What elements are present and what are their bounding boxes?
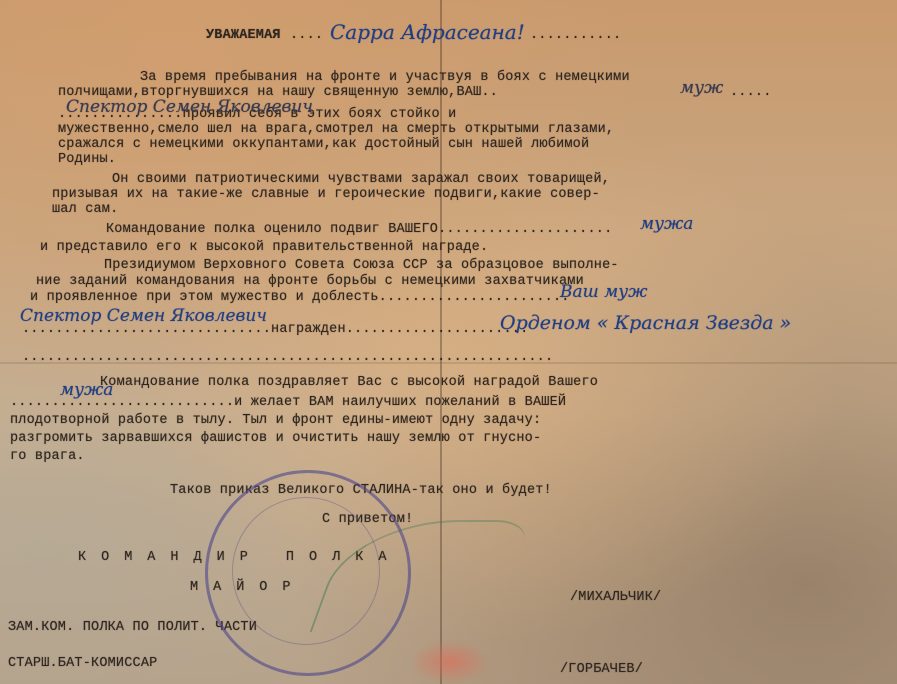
paragraph5-line5: го врага. — [10, 449, 85, 464]
paragraph2-line1: Он своими патриотическими чувствами зара… — [112, 172, 610, 187]
paragraph1-line4: мужественно,смело шел на врага,смотрел н… — [58, 122, 614, 137]
salutation-typed: УВАЖАЕМАЯ — [206, 28, 281, 43]
paragraph5-line3: плодотворной работе в тылу. Тыл и фронт … — [10, 413, 541, 428]
paragraph4-line2: ние заданий командования на фронте борьб… — [36, 274, 584, 289]
handwritten-name-1: Спектор Семен Яковлевич — [66, 97, 313, 117]
salutation-handwritten: Сарра Афрасеана! — [330, 20, 525, 44]
handwritten-relation-1: муж — [680, 78, 723, 98]
paragraph3-line2: и представило его к высокой правительств… — [40, 240, 488, 255]
paragraph5-line4: разгромить зарвавшихся фашистов и очисти… — [10, 431, 541, 446]
paragraph2-line2: призывая их на такие-же славные и героич… — [52, 187, 600, 202]
dotted-leader: ........... — [530, 28, 621, 43]
paragraph4-line3: и проявленное при этом мужество и доблес… — [30, 290, 570, 305]
deputy-name: /ГОРБАЧЕВ/ — [560, 662, 643, 677]
paragraph2-line3: шал сам. — [52, 202, 118, 217]
handwritten-relation-4: мужа — [60, 380, 113, 400]
dotted-leader: .... — [290, 28, 323, 43]
paragraph1-line5: сражался с немецкими оккупантами,как дос… — [58, 137, 589, 152]
handwritten-relation-2: мужа — [640, 214, 693, 234]
dotted-leader: ..... — [730, 85, 772, 100]
paragraph5-line1: Командование полка поздравляет Вас с выс… — [100, 375, 598, 390]
commander-name: /МИХАЛЬЧИК/ — [570, 590, 661, 605]
paragraph3-line1: Командование полка оценило подвиг ВАШЕГО… — [106, 222, 612, 237]
handwritten-relation-3: Ваш муж — [560, 282, 647, 302]
paragraph4-line1: Президиумом Верховного Совета Союза ССР … — [104, 258, 619, 273]
handwritten-award: Орденом « Красная Звезда » — [500, 312, 791, 334]
paragraph4-line5: ........................................… — [22, 350, 553, 365]
commissar-signature-mark — [410, 640, 490, 684]
paragraph1-line1: За время пребывания на фронте и участвуя… — [140, 70, 630, 85]
deputy-rank: СТАРШ.БАТ-КОМИССАР — [8, 656, 157, 671]
handwritten-name-2: Спектор Семен Яковлевич — [20, 306, 267, 326]
paragraph1-line6: Родины. — [58, 152, 116, 167]
document-paper: УВАЖАЕМАЯ .... Сарра Афрасеана! ........… — [0, 0, 897, 684]
